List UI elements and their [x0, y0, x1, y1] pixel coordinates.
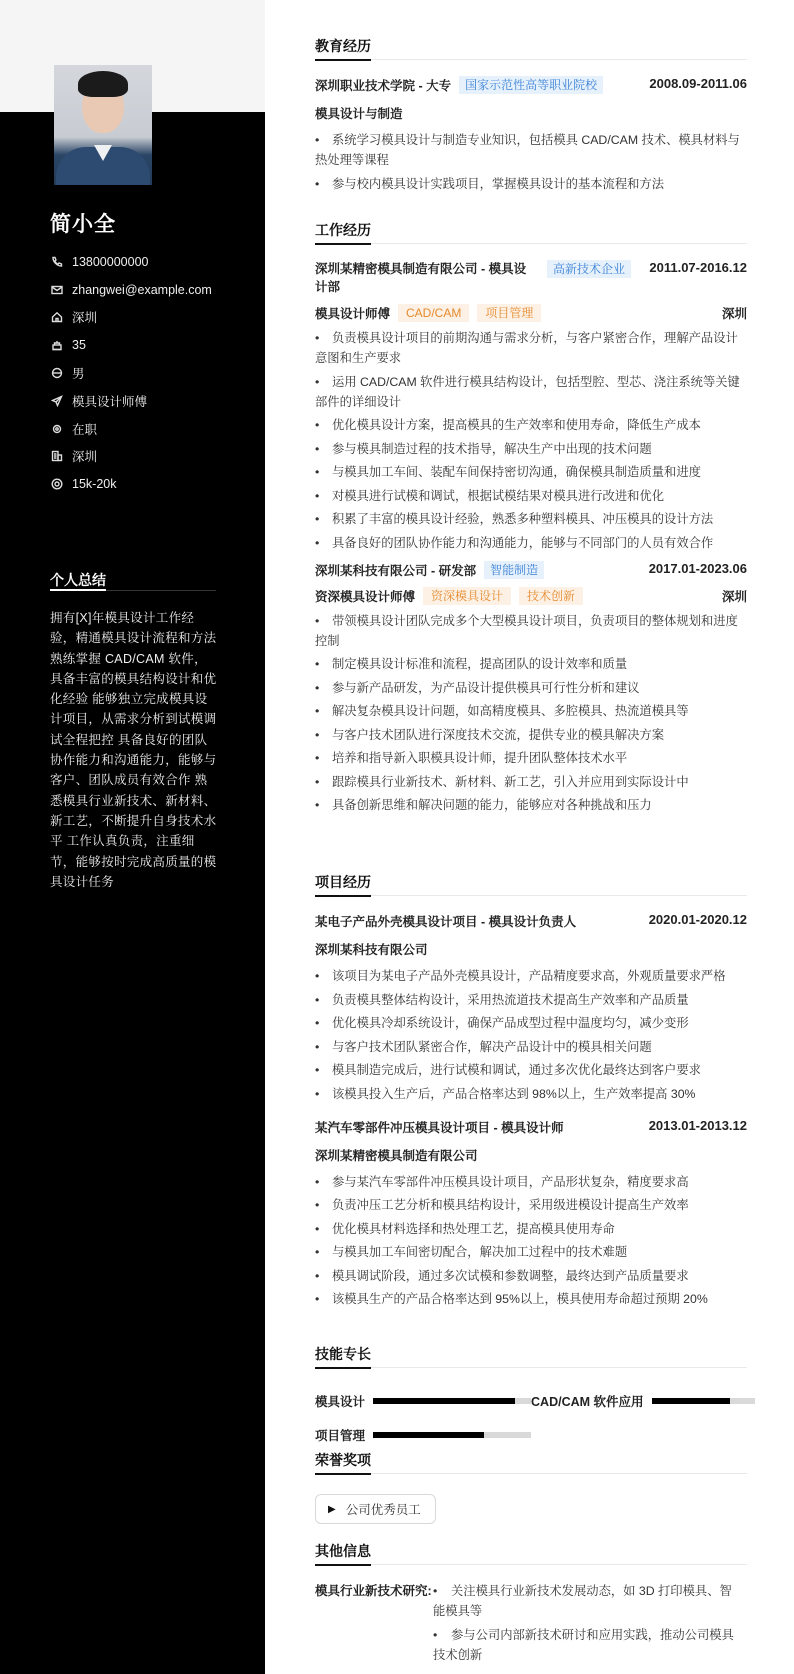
list-item: •模具调试阶段，通过多次试模和参数调整，最终达到产品质量要求: [315, 1266, 747, 1286]
info-gender: 男: [50, 359, 212, 387]
award-item[interactable]: ▶ 公司优秀员工: [315, 1494, 436, 1524]
project-date: 2013.01-2013.12: [649, 1118, 747, 1133]
avatar: [54, 65, 152, 185]
list-item: •参与公司内部新技术研讨和应用实践，推动公司模具技术创新: [433, 1625, 738, 1665]
other-item: 模具行业新技术研究: •关注模具行业新技术发展动态，如 3D 打印模具、智能模具…: [315, 1581, 747, 1669]
list-item: •参与模具制造过程的技术指导，解决生产中出现的技术问题: [315, 439, 747, 459]
project-bullets: •该项目为某电子产品外壳模具设计，产品精度要求高，外观质量要求严格 •负责模具整…: [315, 966, 747, 1104]
summary-title: 个人总结: [50, 570, 106, 590]
mail-icon: [50, 283, 64, 297]
info-salary: 15k-20k: [50, 470, 212, 498]
list-item: •与模具加工车间、装配车间保持密切沟通，确保模具制造质量和进度: [315, 462, 747, 482]
project-company: 深圳某精密模具制造有限公司: [315, 1146, 747, 1164]
list-item: •优化模具材料选择和热处理工艺，提高模具使用寿命: [315, 1219, 747, 1239]
education-bullets: •系统学习模具设计与制造专业知识，包括模具 CAD/CAM 技术、模具材料与热处…: [315, 130, 747, 194]
project-bullets: •参与某汽车零部件冲压模具设计项目，产品形状复杂，精度要求高 •负责冲压工艺分析…: [315, 1172, 747, 1310]
list-item: •运用 CAD/CAM 软件进行模具结构设计，包括型腔、型芯、浇注系统等关键部件…: [315, 372, 747, 412]
list-item: •负责模具设计项目的前期沟通与需求分析，与客户紧密合作，理解产品设计意图和生产要…: [315, 328, 747, 368]
role-tag: 技术创新: [519, 587, 583, 605]
education-header: 深圳职业技术学院 - 大专 国家示范性高等职业院校 2008.09-2011.0…: [315, 76, 747, 94]
skill-bar: [373, 1398, 531, 1404]
work-date: 2011.07-2016.12: [649, 260, 747, 275]
skill-item: 模具设计: [315, 1392, 531, 1410]
role-tag: 项目管理: [477, 304, 541, 322]
candidate-name: 简小全: [50, 208, 116, 238]
awards-section: 荣誉奖项 ▶ 公司优秀员工: [315, 1450, 747, 1524]
company-tag: 智能制造: [484, 561, 544, 579]
building-icon: [50, 449, 64, 463]
list-item: •该模具投入生产后，产品合格率达到 98%以上，生产效率提高 30%: [315, 1084, 747, 1104]
status-icon: [50, 422, 64, 436]
list-item: •参与校内模具设计实践项目，掌握模具设计的基本流程和方法: [315, 174, 747, 194]
section-title-work: 工作经历: [315, 220, 747, 246]
skill-bar: [652, 1398, 755, 1404]
list-item: •系统学习模具设计与制造专业知识，包括模具 CAD/CAM 技术、模具材料与热处…: [315, 130, 747, 170]
caret-right-icon: ▶: [328, 1504, 336, 1515]
info-phone: 13800000000: [50, 248, 212, 276]
projects-section: 项目经历 某电子产品外壳模具设计项目 - 模具设计负责人 2020.01-202…: [315, 872, 747, 1313]
list-item: •对模具进行试模和调试，根据试模结果对模具进行改进和优化: [315, 486, 747, 506]
role-row: 资深模具设计师傅 资深模具设计 技术创新 深圳: [315, 587, 747, 605]
list-item: •优化模具设计方案，提高模具的生产效率和使用寿命，降低生产成本: [315, 415, 747, 435]
section-title-awards: 荣誉奖项: [315, 1450, 747, 1476]
section-title-education: 教育经历: [315, 36, 747, 62]
role-title: 资深模具设计师傅: [315, 587, 415, 605]
work-bullets: •带领模具设计团队完成多个大型模具设计项目，负责项目的整体规划和进度控制 •制定…: [315, 611, 747, 816]
contact-info-list: 13800000000 zhangwei@example.com 深圳 35 男…: [50, 248, 212, 498]
education-date: 2008.09-2011.06: [649, 76, 747, 91]
list-item: •培养和指导新入职模具设计师，提升团队整体技术水平: [315, 748, 747, 768]
home-icon: [50, 310, 64, 324]
list-item: •制定模具设计标准和流程，提高团队的设计效率和质量: [315, 654, 747, 674]
cake-icon: [50, 338, 64, 352]
project-header: 某汽车零部件冲压模具设计项目 - 模具设计师 2013.01-2013.12: [315, 1118, 747, 1136]
work-date: 2017.01-2023.06: [649, 561, 747, 576]
section-title-skills: 技能专长: [315, 1344, 747, 1370]
send-icon: [50, 394, 64, 408]
list-item: •与客户技术团队紧密合作，解决产品设计中的模具相关问题: [315, 1037, 747, 1057]
info-work-city: 深圳: [50, 443, 212, 471]
summary-text: 拥有[X]年模具设计工作经验，精通模具设计流程和方法 熟练掌握 CAD/CAM …: [50, 608, 218, 892]
list-item: •负责模具整体结构设计，采用热流道技术提高生产效率和产品质量: [315, 990, 747, 1010]
gender-icon: [50, 366, 64, 380]
skill-item: 项目管理: [315, 1426, 531, 1444]
work-section: 工作经历 深圳某精密模具制造有限公司 - 模具设计部 高新技术企业 2011.0…: [315, 220, 747, 819]
list-item: •模具制造完成后，进行试模和调试，通过多次优化最终达到客户要求: [315, 1060, 747, 1080]
list-item: •该模具生产的产品合格率达到 95%以上，模具使用寿命超过预期 20%: [315, 1289, 747, 1309]
work-location: 深圳: [722, 304, 747, 322]
list-item: •关注模具行业新技术发展动态，如 3D 打印模具、智能模具等: [433, 1581, 738, 1621]
list-item: •优化模具冷却系统设计，确保产品成型过程中温度均匀，减少变形: [315, 1013, 747, 1033]
info-status: 在职: [50, 415, 212, 443]
project-header: 某电子产品外壳模具设计项目 - 模具设计负责人 2020.01-2020.12: [315, 912, 747, 930]
project-name: 某汽车零部件冲压模具设计项目 - 模具设计师: [315, 1118, 564, 1136]
list-item: •解决复杂模具设计问题，如高精度模具、多腔模具、热流道模具等: [315, 701, 747, 721]
work-location: 深圳: [722, 587, 747, 605]
salary-icon: [50, 477, 64, 491]
major: 模具设计与制造: [315, 104, 747, 122]
role-row: 模具设计师傅 CAD/CAM 项目管理 深圳: [315, 304, 747, 322]
role-tag: 资深模具设计: [423, 587, 511, 605]
project-name: 某电子产品外壳模具设计项目 - 模具设计负责人: [315, 912, 576, 930]
divider: [50, 589, 106, 591]
list-item: •该项目为某电子产品外壳模具设计，产品精度要求高，外观质量要求严格: [315, 966, 747, 986]
other-bullets: •关注模具行业新技术发展动态，如 3D 打印模具、智能模具等 •参与公司内部新技…: [433, 1581, 738, 1669]
list-item: •具备良好的团队协作能力和沟通能力，能够与不同部门的人员有效合作: [315, 533, 747, 553]
work-header: 深圳某科技有限公司 - 研发部 智能制造 2017.01-2023.06: [315, 561, 747, 579]
section-title-other: 其他信息: [315, 1541, 747, 1567]
info-age: 35: [50, 331, 212, 359]
other-section: 其他信息 模具行业新技术研究: •关注模具行业新技术发展动态，如 3D 打印模具…: [315, 1541, 747, 1669]
company-name: 深圳某科技有限公司 - 研发部: [315, 561, 476, 579]
education-section: 教育经历 深圳职业技术学院 - 大专 国家示范性高等职业院校 2008.09-2…: [315, 36, 747, 197]
list-item: •与模具加工车间密切配合，解决加工过程中的技术难题: [315, 1242, 747, 1262]
list-item: •具备创新思维和解决问题的能力，能够应对各种挑战和压力: [315, 795, 747, 815]
info-address: 深圳: [50, 304, 212, 332]
project-date: 2020.01-2020.12: [649, 912, 747, 927]
list-item: •跟踪模具行业新技术、新材料、新工艺，引入并应用到实际设计中: [315, 772, 747, 792]
sidebar: 简小全 13800000000 zhangwei@example.com 深圳 …: [0, 0, 265, 1674]
school-name: 深圳职业技术学院 - 大专: [315, 76, 451, 94]
project-company: 深圳某科技有限公司: [315, 940, 747, 958]
school-tag: 国家示范性高等职业院校: [459, 76, 603, 94]
role-title: 模具设计师傅: [315, 304, 390, 322]
phone-icon: [50, 255, 64, 269]
skill-item: CAD/CAM 软件应用: [531, 1392, 755, 1410]
info-email: zhangwei@example.com: [50, 276, 212, 304]
list-item: •参与某汽车零部件冲压模具设计项目，产品形状复杂，精度要求高: [315, 1172, 747, 1192]
skills-section: 技能专长 模具设计 CAD/CAM 软件应用 项目管理: [315, 1344, 747, 1452]
list-item: •积累了丰富的模具设计经验，熟悉多种塑料模具、冲压模具的设计方法: [315, 509, 747, 529]
company-name: 深圳某精密模具制造有限公司 - 模具设计部: [315, 260, 535, 296]
skill-bar: [373, 1432, 531, 1438]
info-job-target: 模具设计师傅: [50, 387, 212, 415]
role-tag: CAD/CAM: [398, 304, 469, 322]
list-item: •带领模具设计团队完成多个大型模具设计项目，负责项目的整体规划和进度控制: [315, 611, 747, 651]
company-tag: 高新技术企业: [547, 260, 631, 278]
list-item: •与客户技术团队进行深度技术交流，提供专业的模具解决方案: [315, 725, 747, 745]
list-item: •负责冲压工艺分析和模具结构设计，采用级进模设计提高生产效率: [315, 1195, 747, 1215]
list-item: •参与新产品研发，为产品设计提供模具可行性分析和建议: [315, 678, 747, 698]
other-key: 模具行业新技术研究:: [315, 1581, 433, 1669]
work-header: 深圳某精密模具制造有限公司 - 模具设计部 高新技术企业 2011.07-201…: [315, 260, 747, 296]
work-bullets: •负责模具设计项目的前期沟通与需求分析，与客户紧密合作，理解产品设计意图和生产要…: [315, 328, 747, 553]
section-title-projects: 项目经历: [315, 872, 747, 898]
